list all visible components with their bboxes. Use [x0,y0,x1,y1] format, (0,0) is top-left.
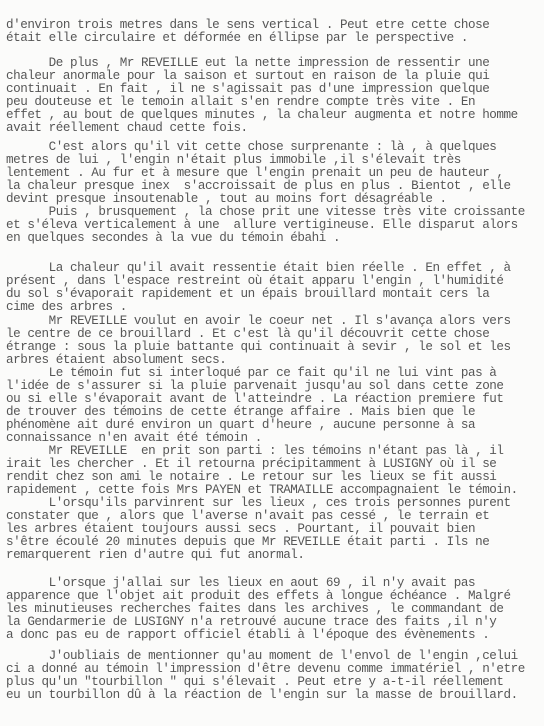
text-line: était elle circulaire et déformée en éll… [6,32,468,45]
text-line: remarquerent rien d'autre qui fut anorma… [6,549,305,562]
text-line: a donc pas eu de rapport officiel établi… [6,629,489,642]
typewritten-page: d'environ trois metres dans le sens vert… [0,0,544,726]
text-line: cime des arbres . [6,301,127,314]
text-line: en quelques secondes à la vue du témoin … [6,232,340,245]
text-line: eu un tourbillon dû à la réaction de l'e… [6,689,518,702]
text-line: avait réellement chaud cette fois. [6,122,248,135]
